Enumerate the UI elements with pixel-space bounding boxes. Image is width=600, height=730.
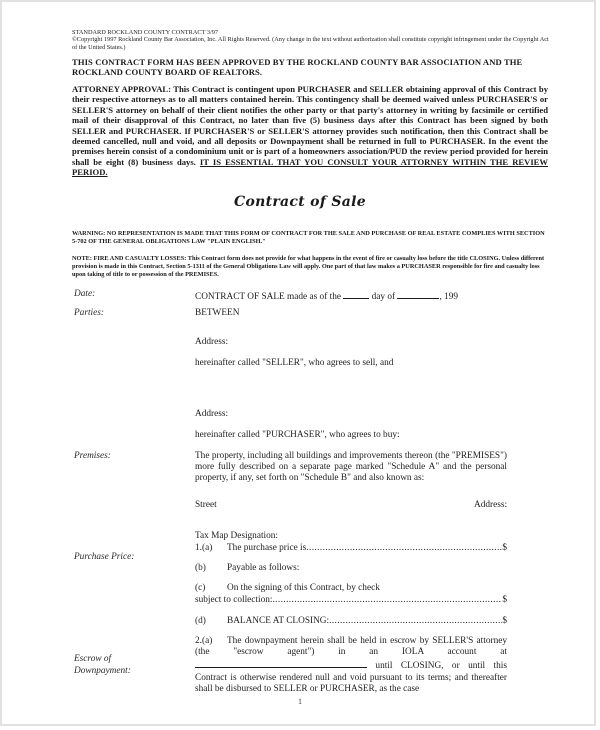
item-number: (d) (195, 616, 227, 626)
form-id: STANDARD ROCKLAND COUNTY CONTRACT 3/97 (72, 29, 552, 36)
collection-row: subject to collection: $ (195, 595, 507, 605)
between-text: BETWEEN (195, 308, 239, 318)
purchaser-address-label: Address: (195, 409, 228, 419)
escrow-clause: 2.(a)The downpayment herein shall be hel… (195, 636, 507, 695)
leader-dots (272, 595, 502, 605)
month-blank[interactable] (397, 289, 439, 299)
item-number: (c) (195, 583, 227, 593)
seller-definition: hereinafter called "SELLER", who agrees … (195, 358, 393, 368)
attorney-approval-clause: ATTORNEY APPROVAL: This Contract is cont… (72, 84, 548, 178)
payable-row: (b)Payable as follows: (195, 563, 299, 573)
parties-label: Parties: (74, 308, 104, 318)
purchase-price-row: 1.(a)The purchase price is $ (195, 543, 507, 553)
year-text: , 199 (439, 292, 458, 302)
balance-amount[interactable]: $ (502, 616, 507, 626)
escrow-text-end: Contract is otherwise rendered null and … (195, 673, 507, 694)
item-number: (b) (195, 563, 227, 573)
collection-text: subject to collection: (195, 595, 272, 605)
date-line: CONTRACT OF SALE made as of the day of ,… (195, 289, 458, 302)
document-title: Contract of Sale (2, 194, 598, 210)
date-text: CONTRACT OF SALE made as of the (195, 292, 343, 302)
purchaser-definition: hereinafter called "PURCHASER", who agre… (195, 430, 400, 440)
leader-dots (329, 616, 502, 626)
escrow-bank-blank[interactable] (195, 658, 367, 668)
signing-row: (c)On the signing of this Contract, by c… (195, 583, 380, 593)
item-number: 2.(a) (195, 636, 227, 647)
payable-text: Payable as follows: (227, 563, 299, 573)
warning-notice: WARNING: NO REPRESENTATION IS MADE THAT … (72, 230, 548, 246)
attorney-approval-text: ATTORNEY APPROVAL: This Contract is cont… (72, 84, 548, 167)
approval-notice: THIS CONTRACT FORM HAS BEEN APPROVED BY … (72, 57, 548, 77)
balance-text: BALANCE AT CLOSING: (227, 616, 329, 626)
purchase-price-label: Purchase Price: (74, 552, 134, 562)
signing-text: On the signing of this Contract, by chec… (227, 583, 380, 593)
premises-description: The property, including all buildings an… (195, 451, 507, 485)
purchase-price-text: The purchase price is (227, 543, 306, 553)
fire-casualty-note: NOTE: FIRE AND CASUALTY LOSSES: This Con… (72, 255, 548, 279)
signing-amount[interactable]: $ (502, 595, 507, 605)
escrow-text-start: The downpayment herein shall be held in … (195, 636, 507, 657)
copyright-notice: ©Copyright 1997 Rockland County Bar Asso… (72, 36, 552, 51)
escrow-text-mid: until CLOSING, or until this (367, 661, 507, 671)
page-number: 1 (2, 697, 598, 706)
balance-row: (d)BALANCE AT CLOSING: $ (195, 616, 507, 626)
street-label: Street (195, 500, 217, 510)
date-label: Date: (74, 289, 95, 299)
tax-map-label: Tax Map Designation: (195, 531, 278, 541)
document-header: STANDARD ROCKLAND COUNTY CONTRACT 3/97 ©… (72, 29, 552, 51)
purchase-price-amount[interactable]: $ (502, 543, 507, 553)
item-number: 1.(a) (195, 543, 227, 553)
day-blank[interactable] (343, 289, 369, 299)
escrow-label-line1: Escrow of (74, 653, 131, 665)
seller-address-label: Address: (195, 337, 228, 347)
escrow-label-line2: Downpayment: (74, 665, 131, 677)
document-page: STANDARD ROCKLAND COUNTY CONTRACT 3/97 ©… (0, 0, 596, 726)
premises-address-label: Address: (474, 500, 507, 510)
leader-dots (306, 543, 502, 553)
escrow-label: Escrow of Downpayment: (74, 653, 131, 677)
date-text-mid: day of (369, 292, 397, 302)
premises-label: Premises: (74, 451, 111, 461)
